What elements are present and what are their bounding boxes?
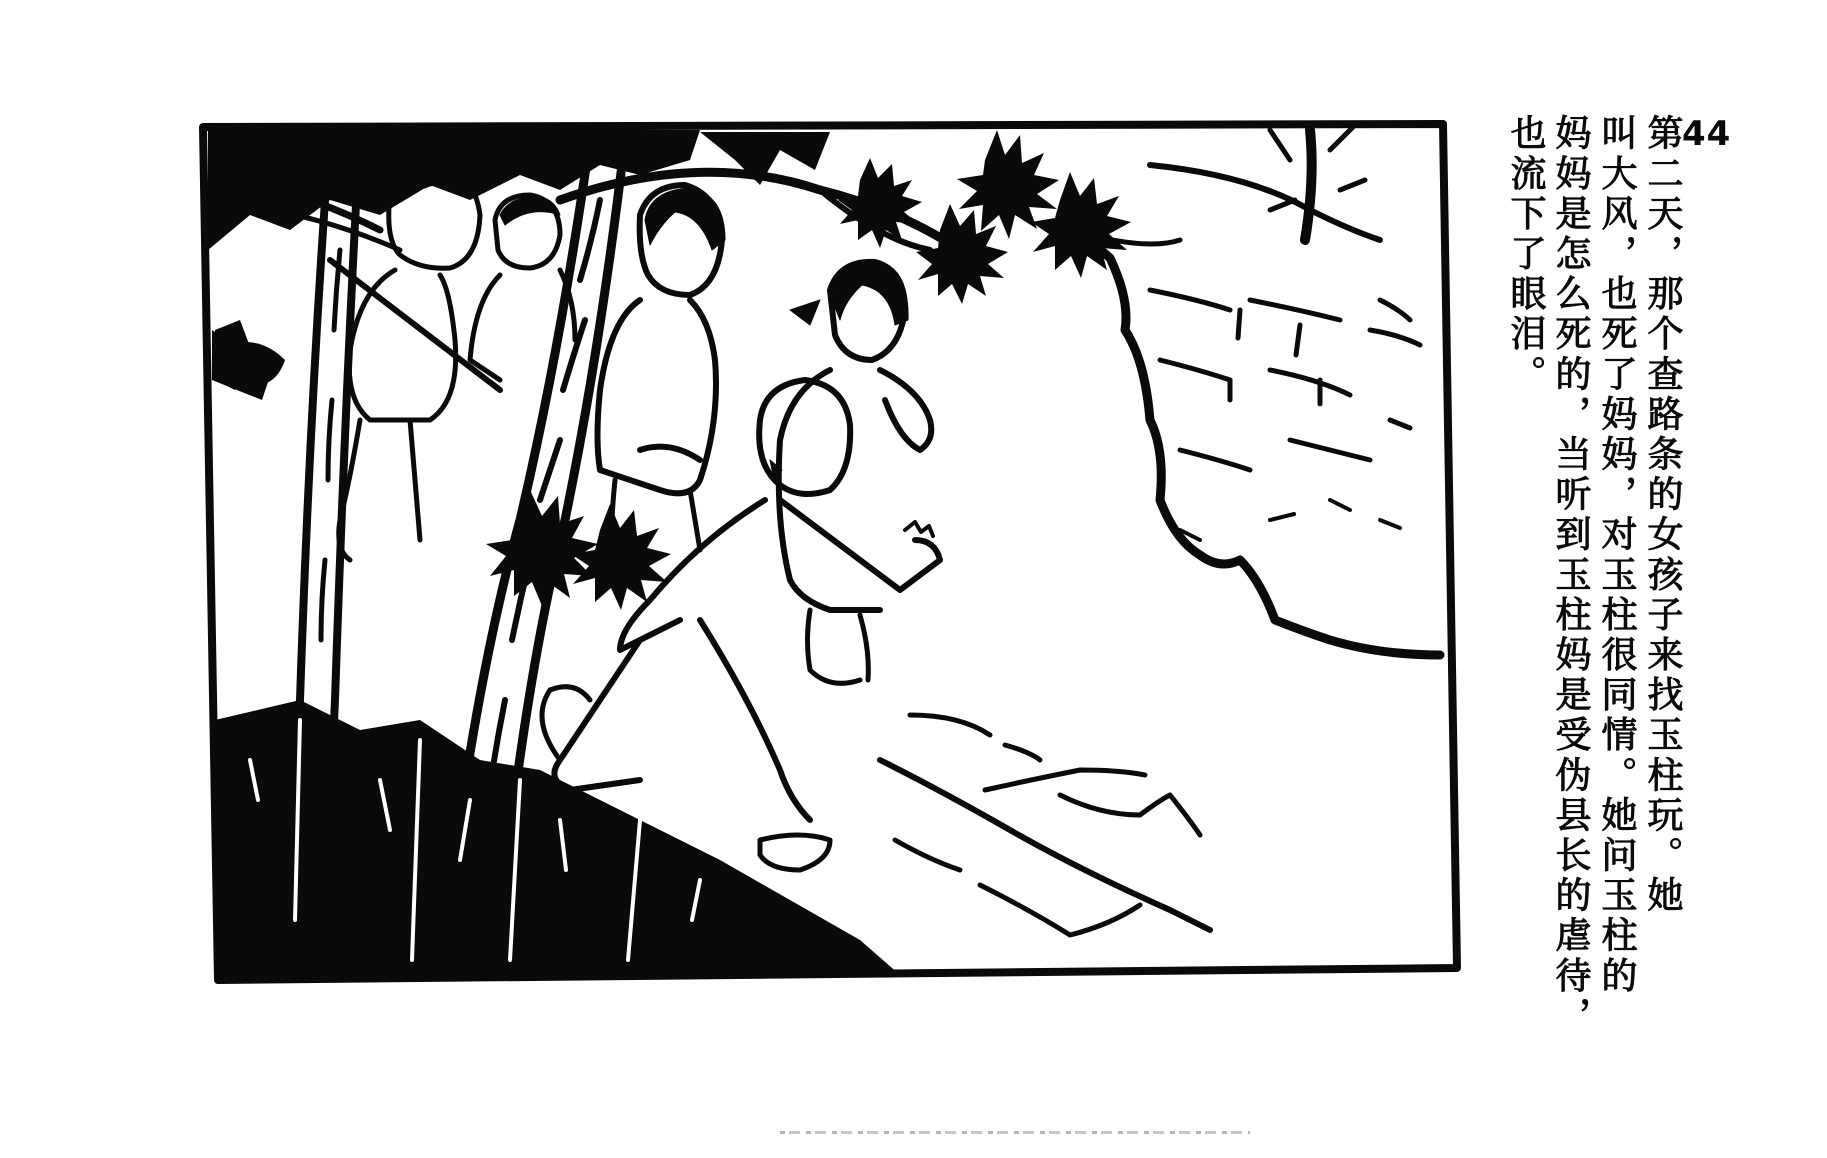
- foreground-bush: [215, 320, 900, 982]
- girl-with-pigtails: [779, 260, 932, 683]
- caption-column-2: 叫大风，也死了妈妈，对玉柱很同情。她问玉柱的: [1596, 114, 1636, 996]
- caption-text: 第二天，那个查路条的女孩子来找玉柱玩。她: [1642, 114, 1683, 916]
- stone-wall: [1060, 100, 1440, 655]
- path-stones: [880, 715, 1210, 935]
- panel-number: 44: [1682, 114, 1731, 194]
- caption-column-1: 44第二天，那个查路条的女孩子来找玉柱玩。她: [1642, 114, 1731, 916]
- boy-head-down: [598, 185, 726, 560]
- scan-artifact: [780, 1131, 1250, 1134]
- caption-column-3: 妈妈是怎么死的，当听到玉柱妈是受伪县长的虐待，: [1550, 114, 1590, 1036]
- caption-column-4: 也流下了眼泪。: [1505, 114, 1545, 395]
- running-child: [542, 380, 940, 870]
